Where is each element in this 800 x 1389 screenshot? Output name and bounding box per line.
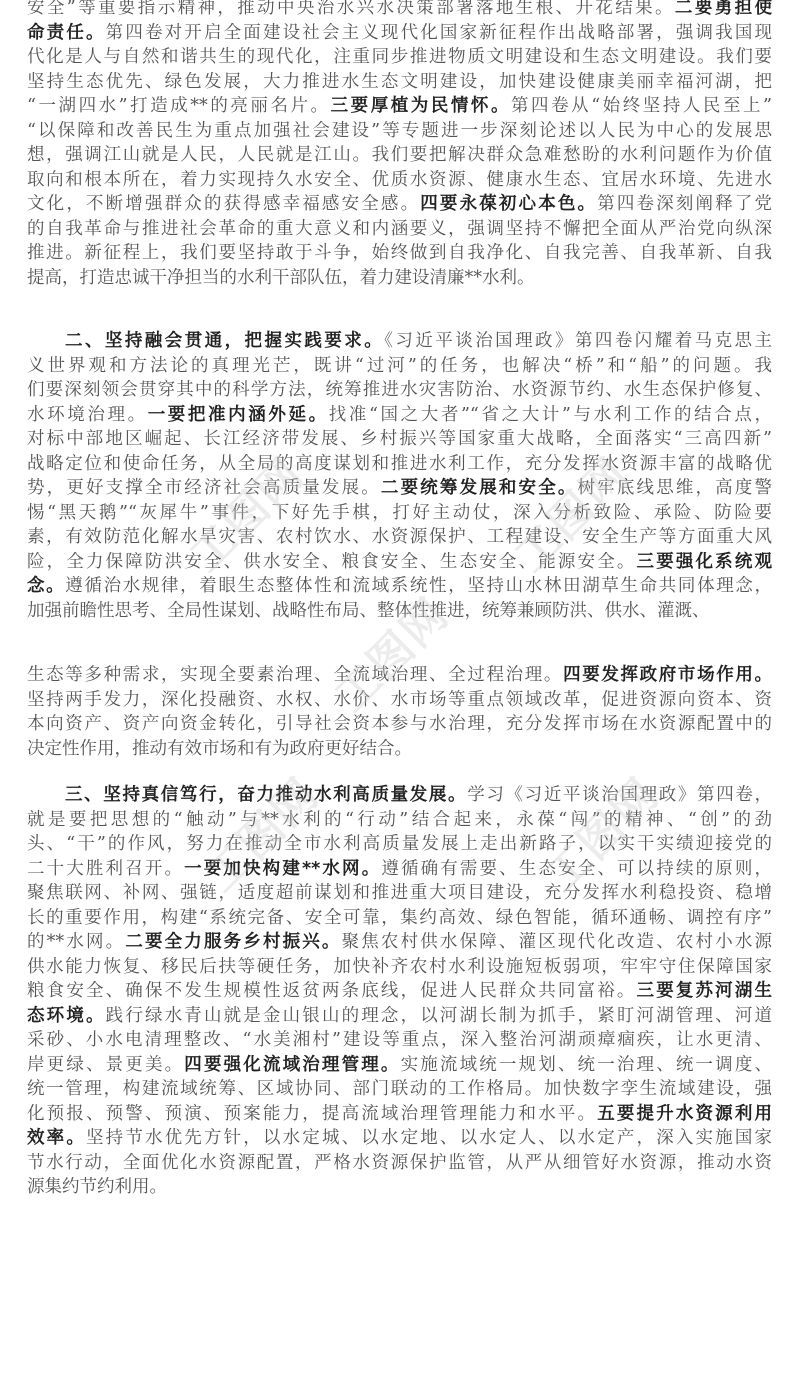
bold-heading-text: 二、坚持融会贯通，把握实践要求。 (65, 331, 384, 351)
text-line: 坚持两手发力，深化投融资、水权、水价、水市场等重点领域改革，促进资源向资本、资 (27, 688, 772, 713)
body-text: 对标中部地区崛起、长江经济带发展、乡村振兴等国家重大战略，全面落实“三高四新” (27, 429, 772, 449)
text-line: 化预报、预警、预演、预案能力，提高流域治理管理能力和水平。五要提升水资源利用 (27, 1102, 772, 1127)
body-text: 生态等多种需求，实现全要素治理、全流域治理、全过程治理。 (27, 665, 563, 685)
bold-heading-text: 四要强化流域治理管理。 (184, 1055, 400, 1075)
body-text: 头、“干”的作风，努力在推动全市水利高质量发展上走出新路子，以实干实绩迎接党的 (27, 834, 772, 854)
text-line: 本向资产、资产向资金转化，引导社会资本参与水治理，充分发挥市场在水资源配置中的 (27, 712, 772, 737)
text-line: 代化是人与自然和谐共生的现代化，注重同步推进物质文明建设和生态文明建设。我们要 (27, 45, 772, 70)
body-text: 二十大胜利召开。 (27, 859, 184, 879)
body-text: 岸更绿、景更美。 (27, 1055, 184, 1075)
body-text: 统一管理，构建流域统筹、区域协同、部门联动的工作格局。加快数字孪生流域建设，强 (27, 1079, 772, 1099)
text-line: 势，更好支撑全市经济社会高质量发展。二要统筹发展和安全。树牢底线思维，高度警 (27, 476, 772, 501)
body-text: “以保障和改善民生为重点加强社会建设”等专题进一步深刻论述以人民为中心的发展思 (27, 121, 772, 141)
document-block-3: 生态等多种需求，实现全要素治理、全流域治理、全过程治理。四要发挥政府市场作用。坚… (27, 663, 772, 761)
text-line: 念。遵循治水规律，着眼生态整体性和流域系统性，坚持山水林田湖草生命共同体理念， (27, 574, 772, 599)
text-line: 取向和根本所在，着力实现持久水安全、优质水资源、健康水生态、宜居水环境、先进水 (27, 168, 772, 193)
document-block-2: 二、坚持融会贯通，把握实践要求。《习近平谈治国理政》第四卷闪耀着马克思主义世界观… (27, 329, 772, 623)
body-text: 节水行动，全面优化水资源配置，严格水资源保护监管，从严从细管好水资源，推动水资 (27, 1153, 772, 1173)
body-text: 遵循治水规律，着眼生态整体性和流域系统性，坚持山水林田湖草生命共同体理念， (65, 576, 772, 596)
body-text: 素，有效防范化解水旱灾害、农村饮水、水资源保护、工程建设、安全生产等方面重大风 (27, 527, 772, 547)
text-line: 二十大胜利召开。一要加快构建**水网。遵循确有需要、生态安全、可以持续的原则， (27, 857, 772, 882)
text-line: 决定性作用，推动有效市场和有为政府更好结合。 (27, 737, 772, 762)
body-text: 坚持生态优先、绿色发展，大力推进水生态文明建设，加快建设健康美丽幸福河湖，把 (27, 72, 772, 92)
bold-heading-text: 态环境。 (27, 1006, 106, 1026)
body-text: 文化，不断增强群众的获得感幸福感安全感。 (27, 194, 420, 214)
text-line: 采砂、小水电清理整改、“水美湘村”建设等重点，深入整治河湖顽瘴痼疾，让水更清、 (27, 1028, 772, 1053)
body-text: 想，强调江山就是人民，人民就是江山。我们要把解决群众急难愁盼的水利问题作为价值 (27, 145, 772, 165)
bold-heading-text: 二要全力服务乡村振兴。 (125, 932, 341, 952)
text-line: 惕“黑天鹅”“灰犀牛”事件，下好先手棋，打好主动仗，深入分析致险、承险、防险要 (27, 501, 772, 526)
text-line: 供水能力恢复、移民后扶等硬任务，加快补齐农村水利设施短板弱项，牢牢守住保障国家 (27, 955, 772, 980)
text-line: 二、坚持融会贯通，把握实践要求。《习近平谈治国理政》第四卷闪耀着马克思主 (27, 329, 772, 354)
text-line: 的**水网。二要全力服务乡村振兴。聚焦农村供水保障、灌区现代化改造、农村小水源 (27, 930, 772, 955)
text-line: 头、“干”的作风，努力在推动全市水利高质量发展上走出新路子，以实干实绩迎接党的 (27, 832, 772, 857)
body-text: 聚焦联网、补网、强链，适度超前谋划和推进重大项目建设，充分发挥水利稳投资、稳增 (27, 883, 772, 903)
body-text: 就是要把思想的“触动”与**水利的“行动”结合起来，永葆“闯”的精神、“创”的劲 (27, 810, 772, 830)
body-text: 本向资产、资产向资金转化，引导社会资本参与水治理，充分发挥市场在水资源配置中的 (27, 714, 772, 734)
body-text: 险，全力保障防洪安全、供水安全、粮食安全、生态安全、能源安全。 (27, 552, 637, 572)
body-text: 实施流域统一规划、统一治理、统一调度、 (401, 1055, 772, 1075)
bold-heading-text: 命责任。 (27, 23, 106, 43)
bold-heading-text: 一要加快构建**水网。 (184, 859, 381, 879)
text-line: 源集约节约利用。 (27, 1175, 772, 1200)
document-block-4: 三、坚持真信笃行，奋力推动水利高质量发展。学习《习近平谈治国理政》第四卷，就是要… (27, 783, 772, 1200)
body-text: 推进。新征程上，我们要坚持敢于斗争，始终做到自我净化、自我完善、自我革新、自我 (27, 243, 772, 263)
body-text: 《习近平谈治国理政》第四卷闪耀着马克思主 (384, 331, 772, 351)
text-line: 节水行动，全面优化水资源配置，严格水资源保护监管，从严从细管好水资源，推动水资 (27, 1151, 772, 1176)
text-line: 统一管理，构建流域统筹、区域协同、部门联动的工作格局。加快数字孪生流域建设，强 (27, 1077, 772, 1102)
text-line: 想，强调江山就是人民，人民就是江山。我们要把解决群众急难愁盼的水利问题作为价值 (27, 143, 772, 168)
text-line: 们要深刻领会贯穿其中的科学方法，统筹推进水灾害防治、水资源节约、水生态保护修复、 (27, 378, 772, 403)
body-text: 遵循确有需要、生态安全、可以持续的原则， (381, 859, 772, 879)
body-text: 采砂、小水电清理整改、“水美湘村”建设等重点，深入整治河湖顽瘴痼疾，让水更清、 (27, 1030, 772, 1050)
body-text: 第四卷从“始终坚持人民至上” (511, 96, 772, 116)
body-text: 坚持两手发力，深化投融资、水权、水价、水市场等重点领域改革，促进资源向资本、资 (27, 690, 772, 710)
body-text: 源集约节约利用。 (27, 1177, 167, 1197)
body-text: 树牢底线思维，高度警 (578, 478, 772, 498)
text-line: 的自我革命与推进社会革命的重大意义和内涵要义，强调坚持不懈把全面从严治党向纵深 (27, 217, 772, 242)
body-text: 惕“黑天鹅”“灰犀牛”事件，下好先手棋，打好主动仗，深入分析致险、承险、防险要 (27, 503, 772, 523)
bold-heading-text: 五要提升水资源利用 (597, 1104, 772, 1124)
bold-heading-text: 念。 (27, 576, 65, 596)
bold-heading-text: 三要强化系统观 (637, 552, 772, 572)
text-line: 生态等多种需求，实现全要素治理、全流域治理、全过程治理。四要发挥政府市场作用。 (27, 663, 772, 688)
body-text: 践行绿水青山就是金山银山的理念，以河湖长制为抓手，紧盯河湖管理、河道 (106, 1006, 772, 1026)
body-text: 学习《习近平谈治国理政》第四卷， (467, 785, 772, 805)
bold-heading-text: 三、坚持真信笃行，奋力推动水利高质量发展。 (65, 785, 467, 805)
body-text: “一湖四水”打造成**的亮丽名片。 (27, 96, 331, 116)
text-line: “一湖四水”打造成**的亮丽名片。三要厚植为民情怀。第四卷从“始终坚持人民至上” (27, 94, 772, 119)
text-line: 命责任。第四卷对开启全面建设社会主义现代化国家新征程作出战略部署，强调我国现 (27, 21, 772, 46)
text-line: 文化，不断增强群众的获得感幸福感安全感。四要永葆初心本色。第四卷深刻阐释了党 (27, 192, 772, 217)
bold-heading-text: 四要发挥政府市场作用。 (563, 665, 772, 685)
bold-heading-text: 二要统筹发展和安全。 (381, 478, 578, 498)
body-text: 势，更好支撑全市经济社会高质量发展。 (27, 478, 381, 498)
text-line: 素，有效防范化解水旱灾害、农村饮水、水资源保护、工程建设、安全生产等方面重大风 (27, 525, 772, 550)
text-line: 态环境。践行绿水青山就是金山银山的理念，以河湖长制为抓手，紧盯河湖管理、河道 (27, 1004, 772, 1029)
text-line: 战略定位和使命任务，从全局的高度谋划和推进水利工作，充分发挥水资源丰富的战略优 (27, 452, 772, 477)
body-text: 坚持节水优先方针，以水定城、以水定地、以水定人、以水定产，深入实施国家 (86, 1128, 772, 1148)
body-text: 义世界观和方法论的真理光芒，既讲“过河”的任务，也解决“桥”和“船”的问题。我 (27, 356, 772, 376)
document-block-1: 安全”等重要指示精神，推动中央治水兴水决策部署落地生根、开花结果。二要勇担使命责… (27, 0, 772, 290)
body-text: 第四卷深刻阐释了党 (597, 194, 772, 214)
body-text: 取向和根本所在，着力实现持久水安全、优质水资源、健康水生态、宜居水环境、先进水 (27, 170, 772, 190)
body-text: 的**水网。 (27, 932, 125, 952)
bold-heading-text: 三要复苏河湖生 (637, 981, 772, 1001)
text-line: 安全”等重要指示精神，推动中央治水兴水决策部署落地生根、开花结果。二要勇担使 (27, 0, 772, 21)
body-text: 长的重要作用，构建“系统完备、安全可靠，集约高效、绿色智能，循环通畅、调控有序” (27, 908, 772, 928)
bold-heading-text: 二要勇担使 (675, 0, 772, 18)
text-line: 加强前瞻性思考、全局性谋划、战略性布局、整体性推进，统筹兼顾防洪、供水、灌溉、 (27, 599, 772, 624)
body-text: 聚焦农村供水保障、灌区现代化改造、农村小水源 (342, 932, 772, 952)
text-line: 提高，打造忠诚干净担当的水利干部队伍，着力建设清廉**水利。 (27, 266, 772, 291)
text-line: “以保障和改善民生为重点加强社会建设”等专题进一步深刻论述以人民为中心的发展思 (27, 119, 772, 144)
bold-heading-text: 一要把准内涵外延。 (148, 405, 329, 425)
body-text: 水环境治理。 (27, 405, 148, 425)
text-line: 水环境治理。一要把准内涵外延。找准“国之大者”“省之大计”与水利工作的结合点， (27, 403, 772, 428)
body-text: 化预报、预警、预演、预案能力，提高流域治理管理能力和水平。 (27, 1104, 597, 1124)
body-text: 加强前瞻性思考、全局性谋划、战略性布局、整体性推进，统筹兼顾防洪、供水、灌溉、 (27, 601, 710, 621)
body-text: 提高，打造忠诚干净担当的水利干部队伍，着力建设清廉**水利。 (27, 268, 535, 288)
body-text: 第四卷对开启全面建设社会主义现代化国家新征程作出战略部署，强调我国现 (106, 23, 772, 43)
text-line: 就是要把思想的“触动”与**水利的“行动”结合起来，永葆“闯”的精神、“创”的劲 (27, 808, 772, 833)
body-text: 供水能力恢复、移民后扶等硬任务，加快补齐农村水利设施短板弱项，牢牢守住保障国家 (27, 957, 772, 977)
body-text: 代化是人与自然和谐共生的现代化，注重同步推进物质文明建设和生态文明建设。我们要 (27, 47, 772, 67)
body-text: 找准“国之大者”“省之大计”与水利工作的结合点， (329, 405, 772, 425)
body-text: 粮食安全、确保不发生规模性返贫两条底线，促进人民群众共同富裕。 (27, 981, 637, 1001)
text-line: 险，全力保障防洪安全、供水安全、粮食安全、生态安全、能源安全。三要强化系统观 (27, 550, 772, 575)
text-line: 岸更绿、景更美。四要强化流域治理管理。实施流域统一规划、统一治理、统一调度、 (27, 1053, 772, 1078)
text-line: 坚持生态优先、绿色发展，大力推进水生态文明建设，加快建设健康美丽幸福河湖，把 (27, 70, 772, 95)
text-line: 粮食安全、确保不发生规模性返贫两条底线，促进人民群众共同富裕。三要复苏河湖生 (27, 979, 772, 1004)
text-line: 三、坚持真信笃行，奋力推动水利高质量发展。学习《习近平谈治国理政》第四卷， (27, 783, 772, 808)
text-line: 推进。新征程上，我们要坚持敢于斗争，始终做到自我净化、自我完善、自我革新、自我 (27, 241, 772, 266)
bold-heading-text: 四要永葆初心本色。 (420, 194, 597, 214)
body-text: 的自我革命与推进社会革命的重大意义和内涵要义，强调坚持不懈把全面从严治党向纵深 (27, 219, 772, 239)
body-text: 决定性作用，推动有效市场和有为政府更好结合。 (27, 739, 412, 759)
bold-heading-text: 效率。 (27, 1128, 86, 1148)
text-line: 聚焦联网、补网、强链，适度超前谋划和推进重大项目建设，充分发挥水利稳投资、稳增 (27, 881, 772, 906)
body-text: 安全”等重要指示精神，推动中央治水兴水决策部署落地生根、开花结果。 (27, 0, 675, 18)
body-text: 们要深刻领会贯穿其中的科学方法，统筹推进水灾害防治、水资源节约、水生态保护修复、 (27, 380, 772, 400)
text-line: 对标中部地区崛起、长江经济带发展、乡村振兴等国家重大战略，全面落实“三高四新” (27, 427, 772, 452)
text-line: 长的重要作用，构建“系统完备、安全可靠，集约高效、绿色智能，循环通畅、调控有序” (27, 906, 772, 931)
body-text: 战略定位和使命任务，从全局的高度谋划和推进水利工作，充分发挥水资源丰富的战略优 (27, 454, 772, 474)
text-line: 义世界观和方法论的真理光芒，既讲“过河”的任务，也解决“桥”和“船”的问题。我 (27, 354, 772, 379)
bold-heading-text: 三要厚植为民情怀。 (331, 96, 511, 116)
text-line: 效率。坚持节水优先方针，以水定城、以水定地、以水定人、以水定产，深入实施国家 (27, 1126, 772, 1151)
